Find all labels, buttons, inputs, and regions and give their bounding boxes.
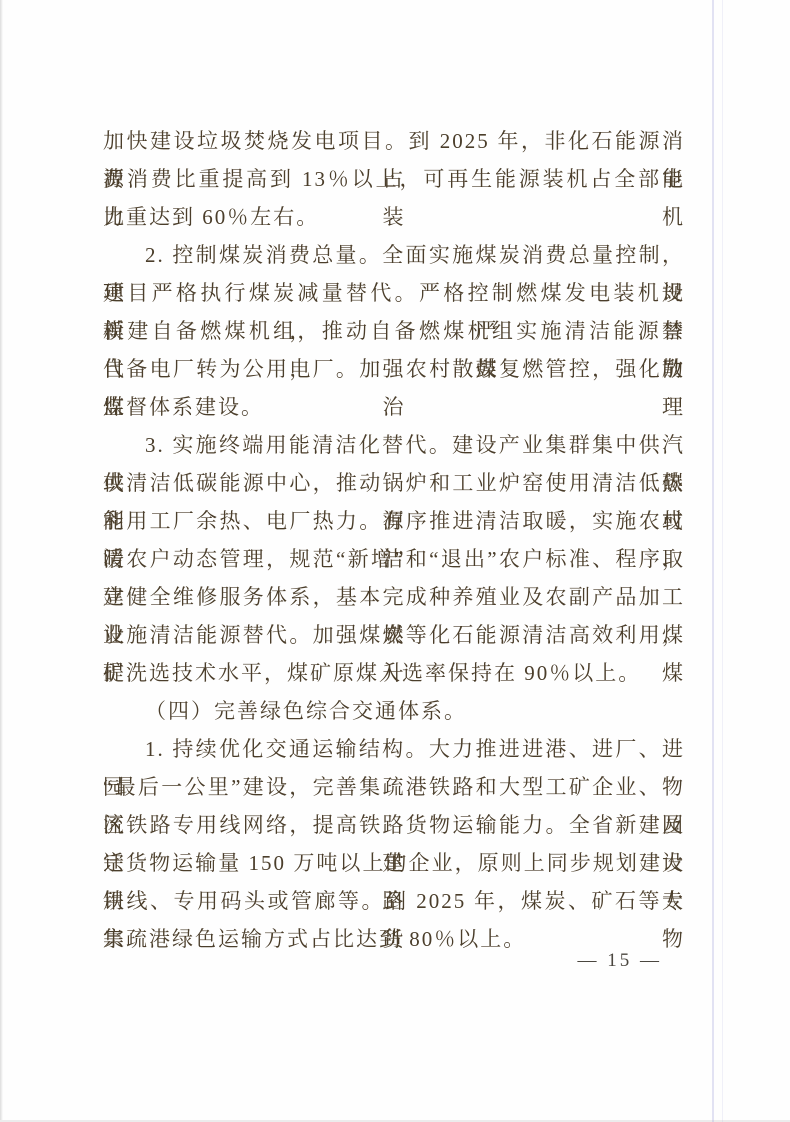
text-line: 加快建设垃圾焚烧发电项目。到 2025 年，非化石能源消费占能 (103, 122, 685, 160)
text-line: 2. 控制煤炭消费总量。全面实施煤炭消费总量控制，建设 (103, 236, 685, 274)
text-line: 源消费比重提高到 13％以上，可再生能源装机占全部电力装机 (103, 160, 685, 198)
text-line: 立健全维修服务体系，基本完成种养殖业及农副产品加工业燃煤 (103, 578, 685, 616)
text-line: 利用工厂余热、电厂热力。有序推进清洁取暖，实施农村清洁取 (103, 502, 685, 540)
document-page: 加快建设垃圾焚烧发电项目。到 2025 年，非化石能源消费占能 源消费比重提高到… (0, 0, 790, 1122)
text-line: 项目严格执行煤炭减量替代。严格控制燃煤发电装机规模，严禁 (103, 274, 685, 312)
text-line: 矿洗选技术水平，煤矿原煤入选率保持在 90％以上。 (103, 654, 685, 692)
scan-artifact-line (712, 0, 714, 1122)
section-heading-line: （四）完善绿色综合交通体系。 (103, 692, 685, 730)
scan-artifact-line (722, 0, 723, 1122)
text-line: 3. 实施终端用能清洁化替代。建设产业集群集中供汽供热 (103, 426, 685, 464)
text-line: 宗货物运输量 150 万吨以上的企业，原则上同步规划建设铁路专 (103, 844, 685, 882)
text-line: 自备电厂转为公用电厂。加强农村散煤复燃管控，强化散煤治理 (103, 350, 685, 388)
text-line: “最后一公里”建设，完善集疏港铁路和大型工矿企业、物流园 (103, 768, 685, 806)
text-line: 或清洁低碳能源中心，推动锅炉和工业炉窑使用清洁低碳能源或 (103, 464, 685, 502)
text-line: 新建自备燃煤机组，推动自备燃煤机组实施清洁能源替代，鼓励 (103, 312, 685, 350)
text-line: 暖农户动态管理，规范“新增”和“退出”农户标准、程序，建 (103, 540, 685, 578)
scan-edge-left (0, 0, 3, 1122)
body-text: 加快建设垃圾焚烧发电项目。到 2025 年，非化石能源消费占能 源消费比重提高到… (103, 122, 685, 958)
text-line: 1. 持续优化交通运输结构。大力推进进港、进厂、进园 (103, 730, 685, 768)
text-line: 用线、专用码头或管廊等。到 2025 年，煤炭、矿石等大宗货物 (103, 882, 685, 920)
page-number: — 15 — (578, 950, 663, 972)
text-line: 设施清洁能源替代。加强煤炭等化石能源清洁高效利用，提升煤 (103, 616, 685, 654)
text-line: 区铁路专用线网络，提高铁路货物运输能力。全省新建及迁建大 (103, 806, 685, 844)
